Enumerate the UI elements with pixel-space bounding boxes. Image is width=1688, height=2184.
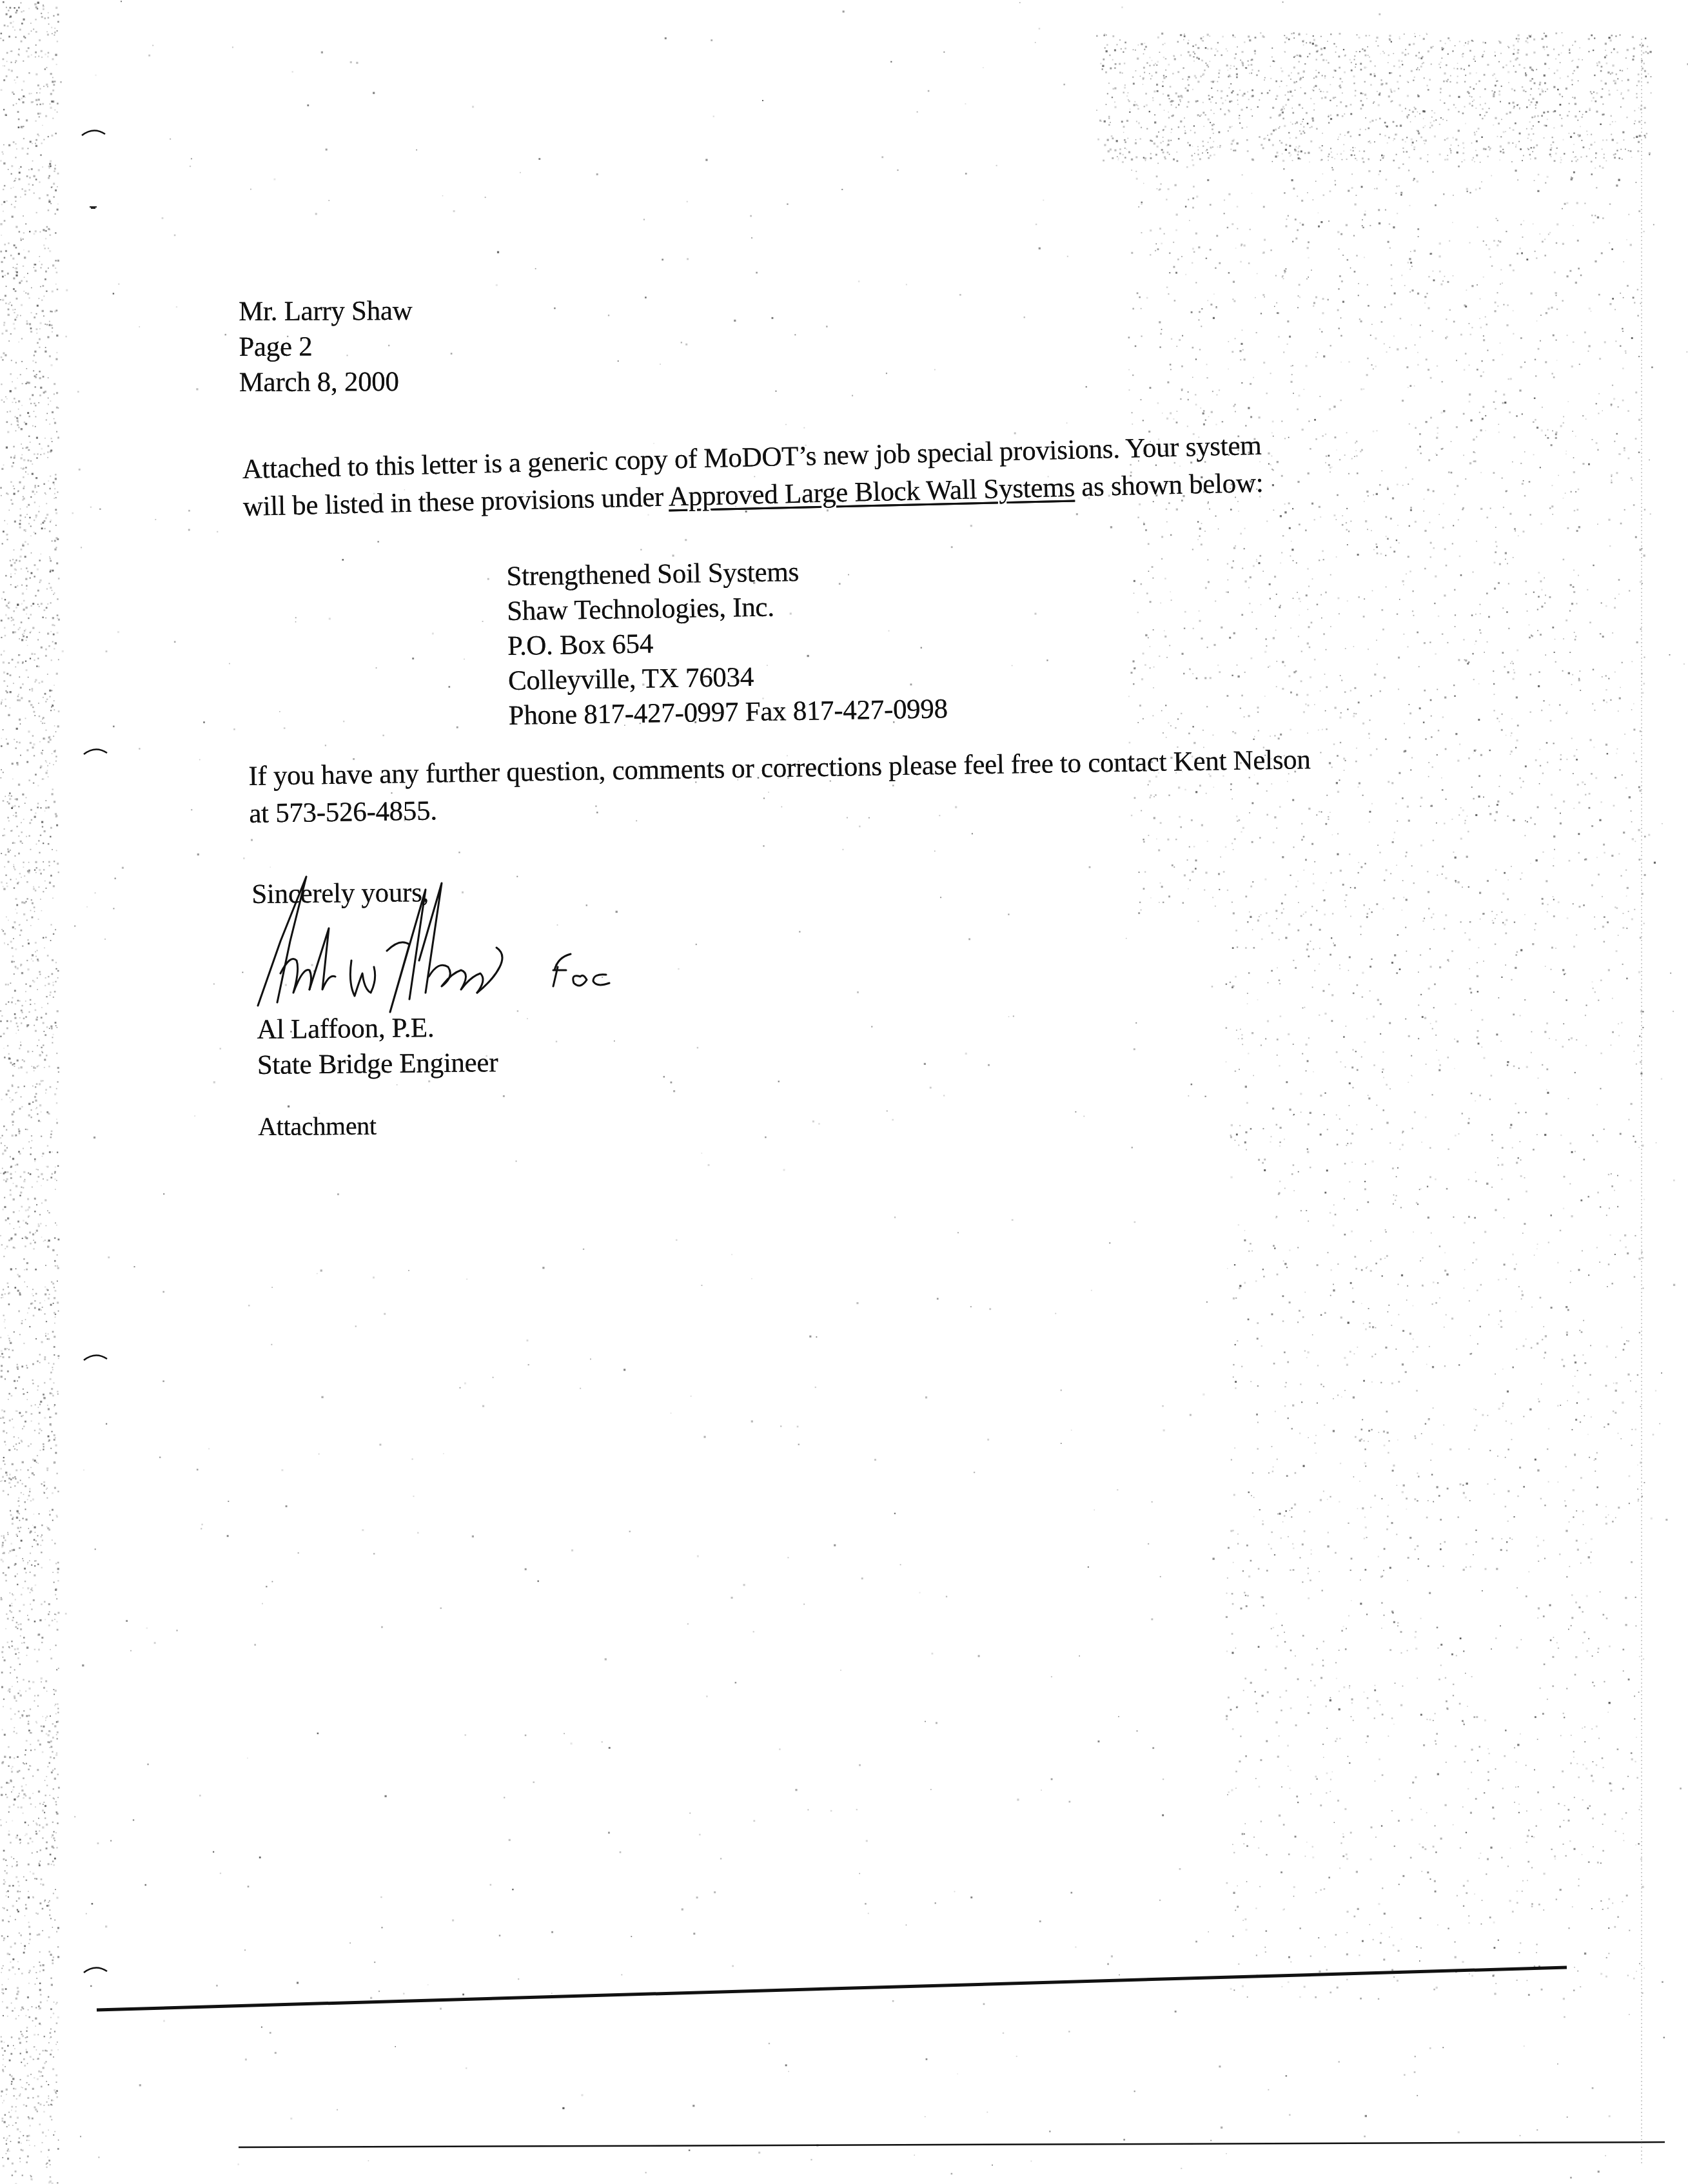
scan-edge-line — [97, 1967, 1567, 2010]
address-phone-fax: Phone 817-427-0997 Fax 817-427-0998 — [508, 692, 948, 734]
enclosure-note: Attachment — [258, 1108, 377, 1144]
body-paragraph-2: If you have any further question, commen… — [248, 741, 1311, 833]
page-edge — [1638, 39, 1645, 2166]
signer-name: Al Laffoon, P.E. — [257, 1009, 498, 1048]
hole-punch-mark-icon — [83, 746, 108, 756]
signer-block: Al Laffoon, P.E. State Bridge Engineer — [257, 1009, 498, 1083]
underlined-heading: Approved Large Block Wall Systems — [668, 473, 1075, 512]
paragraph-text: as shown below: — [1074, 468, 1264, 503]
hole-punch-mark-icon — [83, 1352, 108, 1361]
margin-speck-icon — [89, 205, 98, 210]
recipient-name: Mr. Larry Shaw — [239, 293, 413, 329]
signer-title: State Bridge Engineer — [257, 1045, 498, 1083]
scanned-letter-page: Mr. Larry Shaw Page 2 March 8, 2000 Atta… — [0, 0, 1688, 2184]
letter-header: Mr. Larry Shaw Page 2 March 8, 2000 — [239, 293, 413, 400]
company-address-block: Strengthened Soil Systems Shaw Technolog… — [506, 552, 948, 734]
letter-date: March 8, 2000 — [239, 364, 413, 400]
body-paragraph-1: Attached to this letter is a generic cop… — [242, 427, 1264, 526]
scan-edge-lines — [0, 1934, 1688, 2184]
hole-punch-mark-icon — [81, 128, 106, 137]
paragraph-text: will be listed in these provisions under — [242, 482, 669, 522]
enclosure-text: Attachment — [258, 1108, 377, 1144]
scan-edge-line — [239, 2142, 1665, 2147]
page-number: Page 2 — [239, 329, 413, 365]
handwritten-signature-icon — [245, 864, 645, 1019]
